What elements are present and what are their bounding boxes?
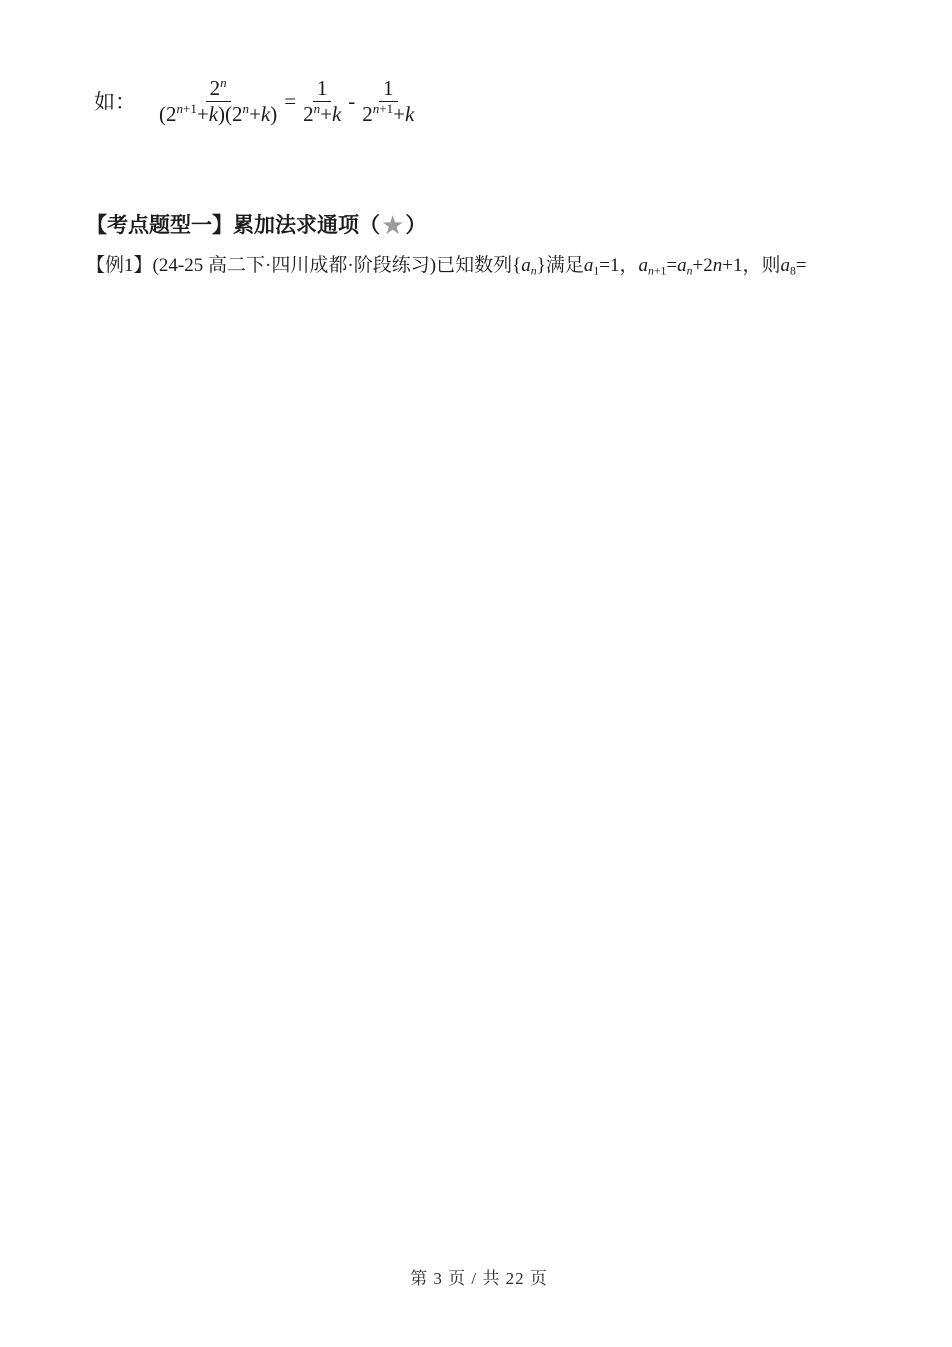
- section-1: 【考点题型一】累加法求通项（★）: [86, 211, 872, 241]
- document-content: 如：2n(2n+1+k)(2n+k) = 12n+k - 12n+1+k【考点题…: [86, 70, 872, 286]
- star-icon: ★: [381, 213, 404, 239]
- page-number-text: 第 3 页 / 共 22 页: [410, 1269, 548, 1288]
- intro-formula: 如：2n(2n+1+k)(2n+k) = 12n+k - 12n+1+k: [94, 76, 872, 127]
- section-title-close: ）: [405, 211, 426, 241]
- formula-math: 2n(2n+1+k)(2n+k) = 12n+k - 12n+1+k: [152, 76, 421, 127]
- fraction: 12n+1+k: [358, 76, 418, 127]
- page-footer: 第 3 页 / 共 22 页: [86, 1264, 872, 1289]
- document-page: 如：2n(2n+1+k)(2n+k) = 12n+k - 12n+1+k【考点题…: [0, 0, 952, 1347]
- fraction: 2n(2n+1+k)(2n+k): [155, 76, 281, 127]
- example-1: 【例1】(24-25 高二下·四川成都·阶段练习)已知数列{an}满足a1=1，…: [86, 247, 872, 286]
- formula-label: 如：: [94, 86, 136, 116]
- fraction: 12n+k: [299, 76, 345, 127]
- section-title: 【考点题型一】累加法求通项（: [86, 211, 380, 241]
